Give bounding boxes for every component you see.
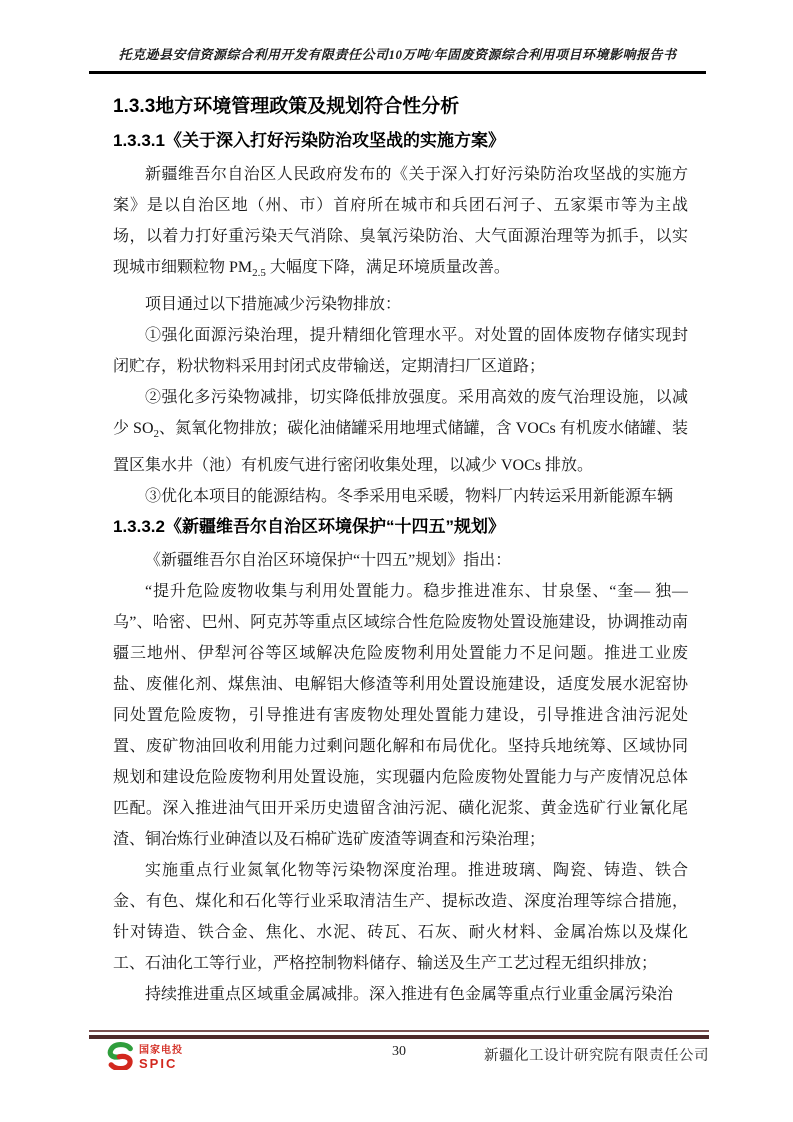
paragraph-plan-quote: “提升危险废物收集与利用处置能力。稳步推进准东、甘泉堡、“奎— 独—乌”、哈密、…: [113, 576, 688, 855]
document-page: 托克逊县安信资源综合利用开发有限责任公司10万吨/年固废资源综合利用项目环境影响…: [0, 0, 793, 1122]
pm25-subscript: 2.5: [252, 267, 266, 279]
page-footer: 国家电投 SPIC 30 新疆化工设计研究院有限责任公司: [89, 1042, 709, 1078]
section-heading-1331: 1.3.3.1《关于深入打好污染防治攻坚战的实施方案》: [113, 130, 688, 153]
section-heading-1332: 1.3.3.2《新疆维吾尔自治区环境保护“十四五”规划》: [113, 516, 688, 539]
section-heading-133: 1.3.3地方环境管理政策及规划符合性分析: [113, 94, 688, 120]
document-body: 1.3.3地方环境管理政策及规划符合性分析 1.3.3.1《关于深入打好污染防治…: [113, 94, 688, 1029]
paragraph-heavy-metal: 持续推进重点区域重金属减排。深入推进有色金属等重点行业重金属污染治: [113, 979, 688, 1010]
paragraph-measure-1: ①强化面源污染治理，提升精细化管理水平。对处置的固体废物存储实现封闭贮存，粉状物…: [113, 320, 688, 382]
page-header-title: 托克逊县安信资源综合利用开发有限责任公司10万吨/年固废资源综合利用项目环境影响…: [89, 44, 706, 74]
footer-company-name: 新疆化工设计研究院有限责任公司: [484, 1044, 709, 1065]
paragraph-nox-treatment: 实施重点行业氮氧化物等污染物深度治理。推进玻璃、陶瓷、铸造、铁合金、有色、煤化和…: [113, 855, 688, 979]
paragraph-measure-3: ③优化本项目的能源结构。冬季采用电采暖，物料厂内转运采用新能源车辆: [113, 481, 688, 512]
footer-divider: [89, 1030, 709, 1039]
paragraph-measures-lead: 项目通过以下措施减少污染物排放：: [113, 289, 688, 320]
paragraph-measure-2: ②强化多污染物减排，切实降低排放强度。采用高效的废气治理设施，以减少 SO2、氮…: [113, 382, 688, 481]
paragraph-text: 大幅度下降，满足环境质量改善。: [266, 259, 510, 276]
paragraph-text: 、氮氧化物排放；碳化油储罐采用地埋式储罐，含 VOCs 有机废水储罐、装置区集水…: [113, 420, 688, 474]
paragraph-policy-intro: 新疆维吾尔自治区人民政府发布的《关于深入打好污染防治攻坚战的实施方案》是以自治区…: [113, 159, 688, 289]
paragraph-plan-lead: 《新疆维吾尔自治区环境保护“十四五”规划》指出：: [113, 545, 688, 576]
